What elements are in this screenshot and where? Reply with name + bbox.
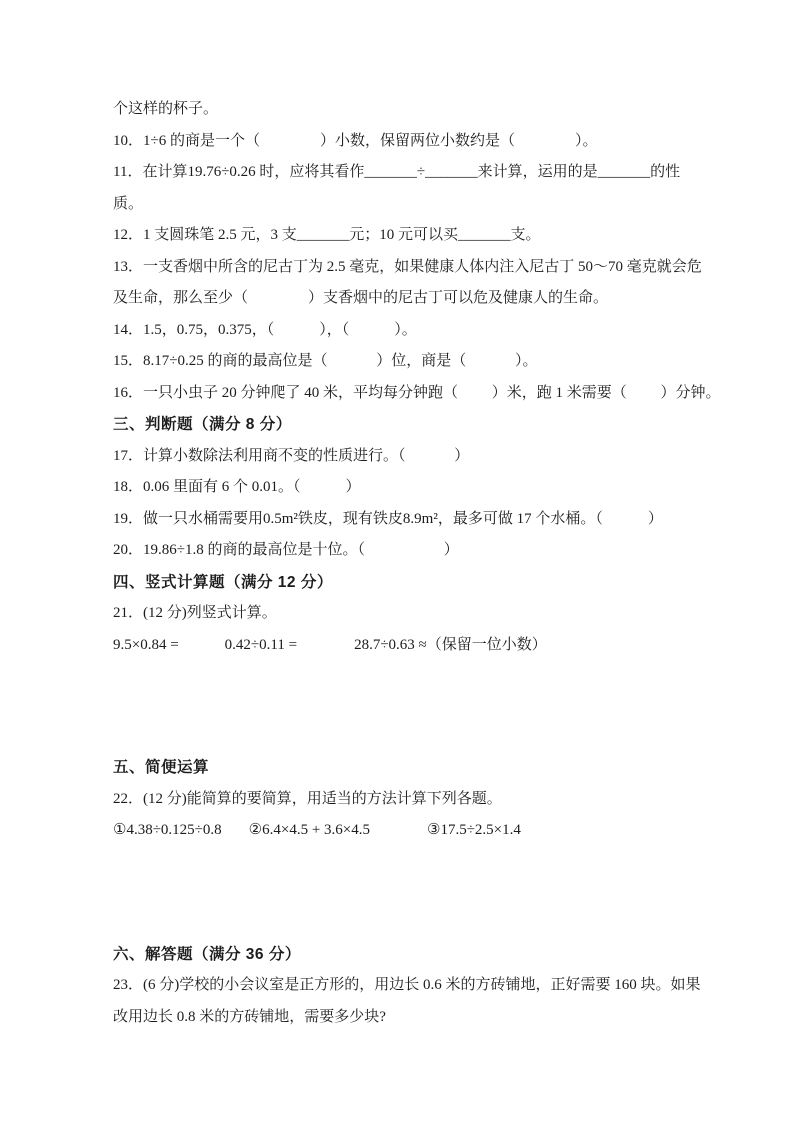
question-23-line-1: 23．(6 分)学校的小会议室是正方形的，用边长 0.6 米的方砖铺地，正好需要… — [113, 970, 735, 1002]
question-14: 14．1.5，0.75，0.375，（ ），（ ）。 — [113, 315, 735, 347]
expression-item-2: ②6.4×4.5 + 3.6×4.5 — [249, 822, 370, 838]
question-21-calculation-row: 9.5×0.84 =0.42÷0.11 =28.7÷0.63 ≈（保留一位小数） — [113, 630, 735, 662]
question-21-prompt: 21．(12 分)列竖式计算。 — [113, 598, 735, 630]
question-9-continuation: 个这样的杯子。 — [113, 94, 735, 126]
expression-item-1: ①4.38÷0.125÷0.8 — [113, 822, 222, 838]
section-3-header: 三、判断题（满分 8 分） — [113, 409, 735, 441]
question-20: 20．19.86÷1.8 的商的最高位是十位。（ ） — [113, 535, 735, 567]
question-16: 16．一只小虫子 20 分钟爬了 40 米，平均每分钟跑（ ）米，跑 1 米需要… — [113, 378, 735, 410]
question-22-expression-row: ①4.38÷0.125÷0.8②6.4×4.5 + 3.6×4.5③17.5÷2… — [113, 815, 735, 847]
question-18: 18．0.06 里面有 6 个 0.01。（ ） — [113, 472, 735, 504]
section-5-header: 五、简便运算 — [113, 752, 735, 784]
question-11-line-2: 质。 — [113, 189, 735, 221]
question-15: 15．8.17÷0.25 的商的最高位是（ ）位，商是（ ）。 — [113, 346, 735, 378]
section-6-header: 六、解答题（满分 36 分） — [113, 939, 735, 971]
question-17: 17．计算小数除法利用商不变的性质进行。（ ） — [113, 441, 735, 473]
question-11-line-1: 11．在计算19.76÷0.26 时，应将其看作_______÷_______来… — [113, 157, 735, 189]
section-4-header: 四、竖式计算题（满分 12 分） — [113, 567, 735, 599]
question-12: 12．1 支圆珠笔 2.5 元，3 支_______元；10 元可以买_____… — [113, 220, 735, 252]
question-22-prompt: 22．(12 分)能简算的要简算，用适当的方法计算下列各题。 — [113, 784, 735, 816]
calc-item-2: 0.42÷0.11 = — [225, 637, 297, 653]
question-19: 19．做一只水桶需要用0.5m²铁皮，现有铁皮8.9m²，最多可做 17 个水桶… — [113, 504, 735, 536]
expression-item-3: ③17.5÷2.5×1.4 — [427, 822, 521, 838]
calc-item-3: 28.7÷0.63 ≈（保留一位小数） — [354, 637, 547, 653]
question-13-line-1: 13．一支香烟中所含的尼古丁为 2.5 毫克，如果健康人体内注入尼古丁 50～7… — [113, 252, 735, 284]
question-23-line-2: 改用边长 0.8 米的方砖铺地，需要多少块? — [113, 1002, 735, 1034]
exam-paper-page: 个这样的杯子。 10．1÷6 的商是一个（ ）小数，保留两位小数约是（ ）。 1… — [0, 0, 793, 1122]
calc-item-1: 9.5×0.84 = — [113, 637, 179, 653]
question-13-line-2: 及生命，那么至少（ ）支香烟中的尼古丁可以危及健康人的生命。 — [113, 283, 735, 315]
question-10: 10．1÷6 的商是一个（ ）小数，保留两位小数约是（ ）。 — [113, 126, 735, 158]
